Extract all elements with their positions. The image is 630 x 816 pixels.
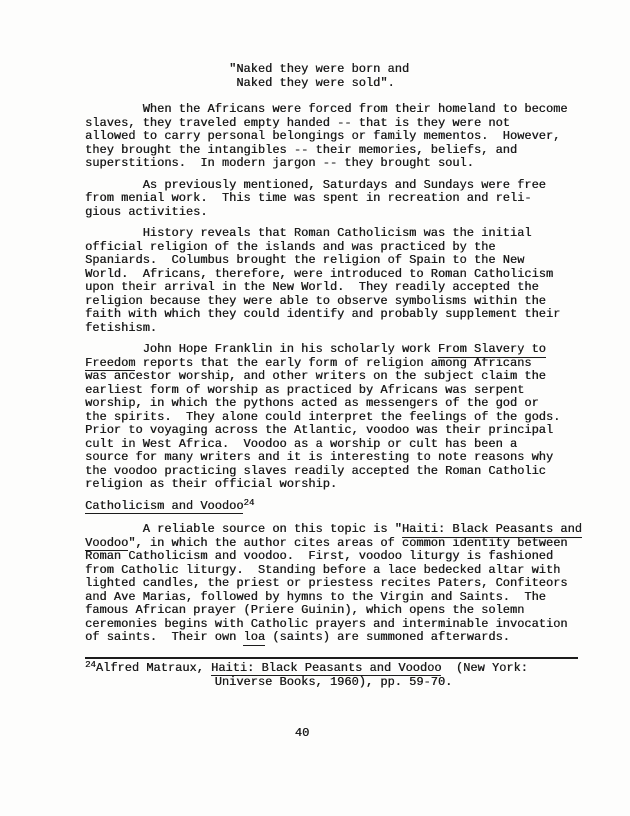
text-line: 24Alfred Matraux, Haiti: Black Peasants … [85, 662, 579, 677]
text-line: slaves, they traveled empty handed -- th… [85, 117, 579, 131]
page-number: 40 [0, 726, 604, 740]
text-run: Alfred Matraux, [96, 661, 211, 675]
text-run: upon their arrival in the New World. The… [85, 280, 539, 294]
text-line: from Catholic liturgy. Standing before a… [85, 564, 579, 578]
text-run: World. Africans, therefore, were introdu… [85, 267, 553, 281]
text-line: When the Africans were forced from their… [85, 103, 579, 117]
text-run: famous African prayer (Priere Guinin), w… [85, 603, 524, 617]
text-run: religion because they were able to obser… [85, 294, 546, 308]
text-line: source for many writers and it is intere… [85, 451, 579, 465]
text-line: Universe Books, 1960), pp. 59-70. [85, 676, 579, 690]
text-run: Spaniards. Columbus brought the religion… [85, 253, 524, 267]
text-run: allowed to carry personal belongings or … [85, 129, 560, 143]
text-run: Naked they were sold". [85, 76, 395, 90]
text-run: Universe Books, 1960), pp. 59-70. [85, 675, 452, 689]
text-line: History reveals that Roman Catholicism w… [85, 227, 579, 241]
text-line: World. Africans, therefore, were introdu… [85, 268, 579, 282]
text-run: cult in West Africa. Voodoo as a worship… [85, 437, 517, 451]
text-line: faith with which they could identify and… [85, 308, 579, 322]
quote: "Naked they were born and Naked they wer… [85, 63, 579, 90]
paragraph: A reliable source on this topic is "Hait… [85, 523, 579, 645]
text-line: they brought the intangibles -- their me… [85, 144, 579, 158]
text-line: lighted candles, the priest or priestess… [85, 577, 579, 591]
text-line: of saints. Their own loa (saints) are su… [85, 631, 579, 645]
text-line: cult in West Africa. Voodoo as a worship… [85, 438, 579, 452]
text-run: official religion of the islands and was… [85, 240, 495, 254]
text-line: ceremonies begins with Catholic prayers … [85, 618, 579, 632]
text-line: the voodoo practicing slaves readily acc… [85, 465, 579, 479]
text-line: "Naked they were born and [85, 63, 579, 77]
text-run: fetishism. [85, 321, 157, 335]
text-run: faith with which they could identify and… [85, 307, 560, 321]
text-run: lighted candles, the priest or priestess… [85, 576, 567, 590]
text-run: ceremonies begins with Catholic prayers … [85, 617, 567, 631]
text-run: History reveals that Roman Catholicism w… [85, 226, 531, 240]
text-line: As previously mentioned, Saturdays and S… [85, 179, 579, 193]
text-line: earliest form of worship as practiced by… [85, 384, 579, 398]
text-line: John Hope Franklin in his scholarly work… [85, 343, 579, 357]
text-run: religion as their official worship. [85, 477, 337, 491]
paragraph: As previously mentioned, Saturdays and S… [85, 179, 579, 220]
text-line: famous African prayer (Priere Guinin), w… [85, 604, 579, 618]
text-run: (saints) are summoned afterwards. [265, 630, 510, 644]
underlined-text: loa [243, 630, 265, 646]
text-run: was ancestor worship, and other writers … [85, 369, 546, 383]
text-run: John Hope Franklin in his scholarly work [85, 342, 438, 356]
text-run: worship, in which the pythons acted as m… [85, 396, 539, 410]
text-line: Naked they were sold". [85, 77, 579, 91]
underlined-text: Catholicism and Voodoo [85, 499, 243, 515]
text-run: "Naked they were born and [85, 62, 409, 76]
text-line: Prior to voyaging across the Atlantic, v… [85, 424, 579, 438]
text-run: Roman Catholicism and voodoo. First, voo… [85, 549, 553, 563]
text-run: the voodoo practicing slaves readily acc… [85, 464, 546, 478]
text-run: (New York: [441, 661, 527, 675]
text-line: was ancestor worship, and other writers … [85, 370, 579, 384]
text-line: Voodoo", in which the author cites areas… [85, 537, 579, 551]
text-line: Catholicism and Voodoo24 [85, 500, 579, 515]
text-line: A reliable source on this topic is "Hait… [85, 523, 579, 537]
text-run: from Catholic liturgy. Standing before a… [85, 563, 560, 577]
text-run: earliest form of worship as practiced by… [85, 383, 524, 397]
paragraph: John Hope Franklin in his scholarly work… [85, 343, 579, 492]
underlined-text: Haiti: Black Peasants and Voodoo [211, 661, 441, 677]
heading: Catholicism and Voodoo24 [85, 500, 579, 515]
text-line: from menial work. This time was spent in… [85, 192, 579, 206]
text-run: reports that the early form of religion … [135, 356, 531, 370]
text-run: A reliable source on this topic is " [85, 522, 402, 536]
text-line: religion as their official worship. [85, 478, 579, 492]
text-run: they brought the intangibles -- their me… [85, 143, 517, 157]
text-run: superstitions. In modern jargon -- they … [85, 156, 474, 170]
footnote-rule [85, 657, 578, 659]
text-line: gious activities. [85, 206, 579, 220]
text-line: and Ave Marias, followed by hymns to the… [85, 591, 579, 605]
text-run: and Ave Marias, followed by hymns to the… [85, 590, 546, 604]
text-run: gious activities. [85, 205, 207, 219]
text-run: slaves, they traveled empty handed -- th… [85, 116, 510, 130]
text-line: official religion of the islands and was… [85, 241, 579, 255]
text-run: of saints. Their own [85, 630, 243, 644]
superscript-number: 24 [243, 498, 254, 508]
text-run: the spirits. They alone could interpret … [85, 410, 560, 424]
text-line: fetishism. [85, 322, 579, 336]
document-blocks: "Naked they were born and Naked they wer… [85, 63, 579, 690]
paragraph: When the Africans were forced from their… [85, 103, 579, 171]
text-line: Freedom reports that the early form of r… [85, 357, 579, 371]
manuscript-page: "Naked they were born and Naked they wer… [0, 0, 630, 816]
text-run: from menial work. This time was spent in… [85, 191, 531, 205]
text-run: Prior to voyaging across the Atlantic, v… [85, 423, 553, 437]
text-line: superstitions. In modern jargon -- they … [85, 157, 579, 171]
text-line: Spaniards. Columbus brought the religion… [85, 254, 579, 268]
text-run: When the Africans were forced from their… [85, 102, 567, 116]
text-run: ", in which the author cites areas of co… [128, 536, 567, 550]
text-line: religion because they were able to obser… [85, 295, 579, 309]
paragraph: History reveals that Roman Catholicism w… [85, 227, 579, 335]
footnote: 24Alfred Matraux, Haiti: Black Peasants … [85, 662, 579, 690]
superscript-number: 24 [85, 660, 96, 670]
text-run: As previously mentioned, Saturdays and S… [85, 178, 546, 192]
text-line: worship, in which the pythons acted as m… [85, 397, 579, 411]
text-run: source for many writers and it is intere… [85, 450, 553, 464]
text-line: allowed to carry personal belongings or … [85, 130, 579, 144]
text-line: the spirits. They alone could interpret … [85, 411, 579, 425]
text-line: upon their arrival in the New World. The… [85, 281, 579, 295]
text-line: Roman Catholicism and voodoo. First, voo… [85, 550, 579, 564]
